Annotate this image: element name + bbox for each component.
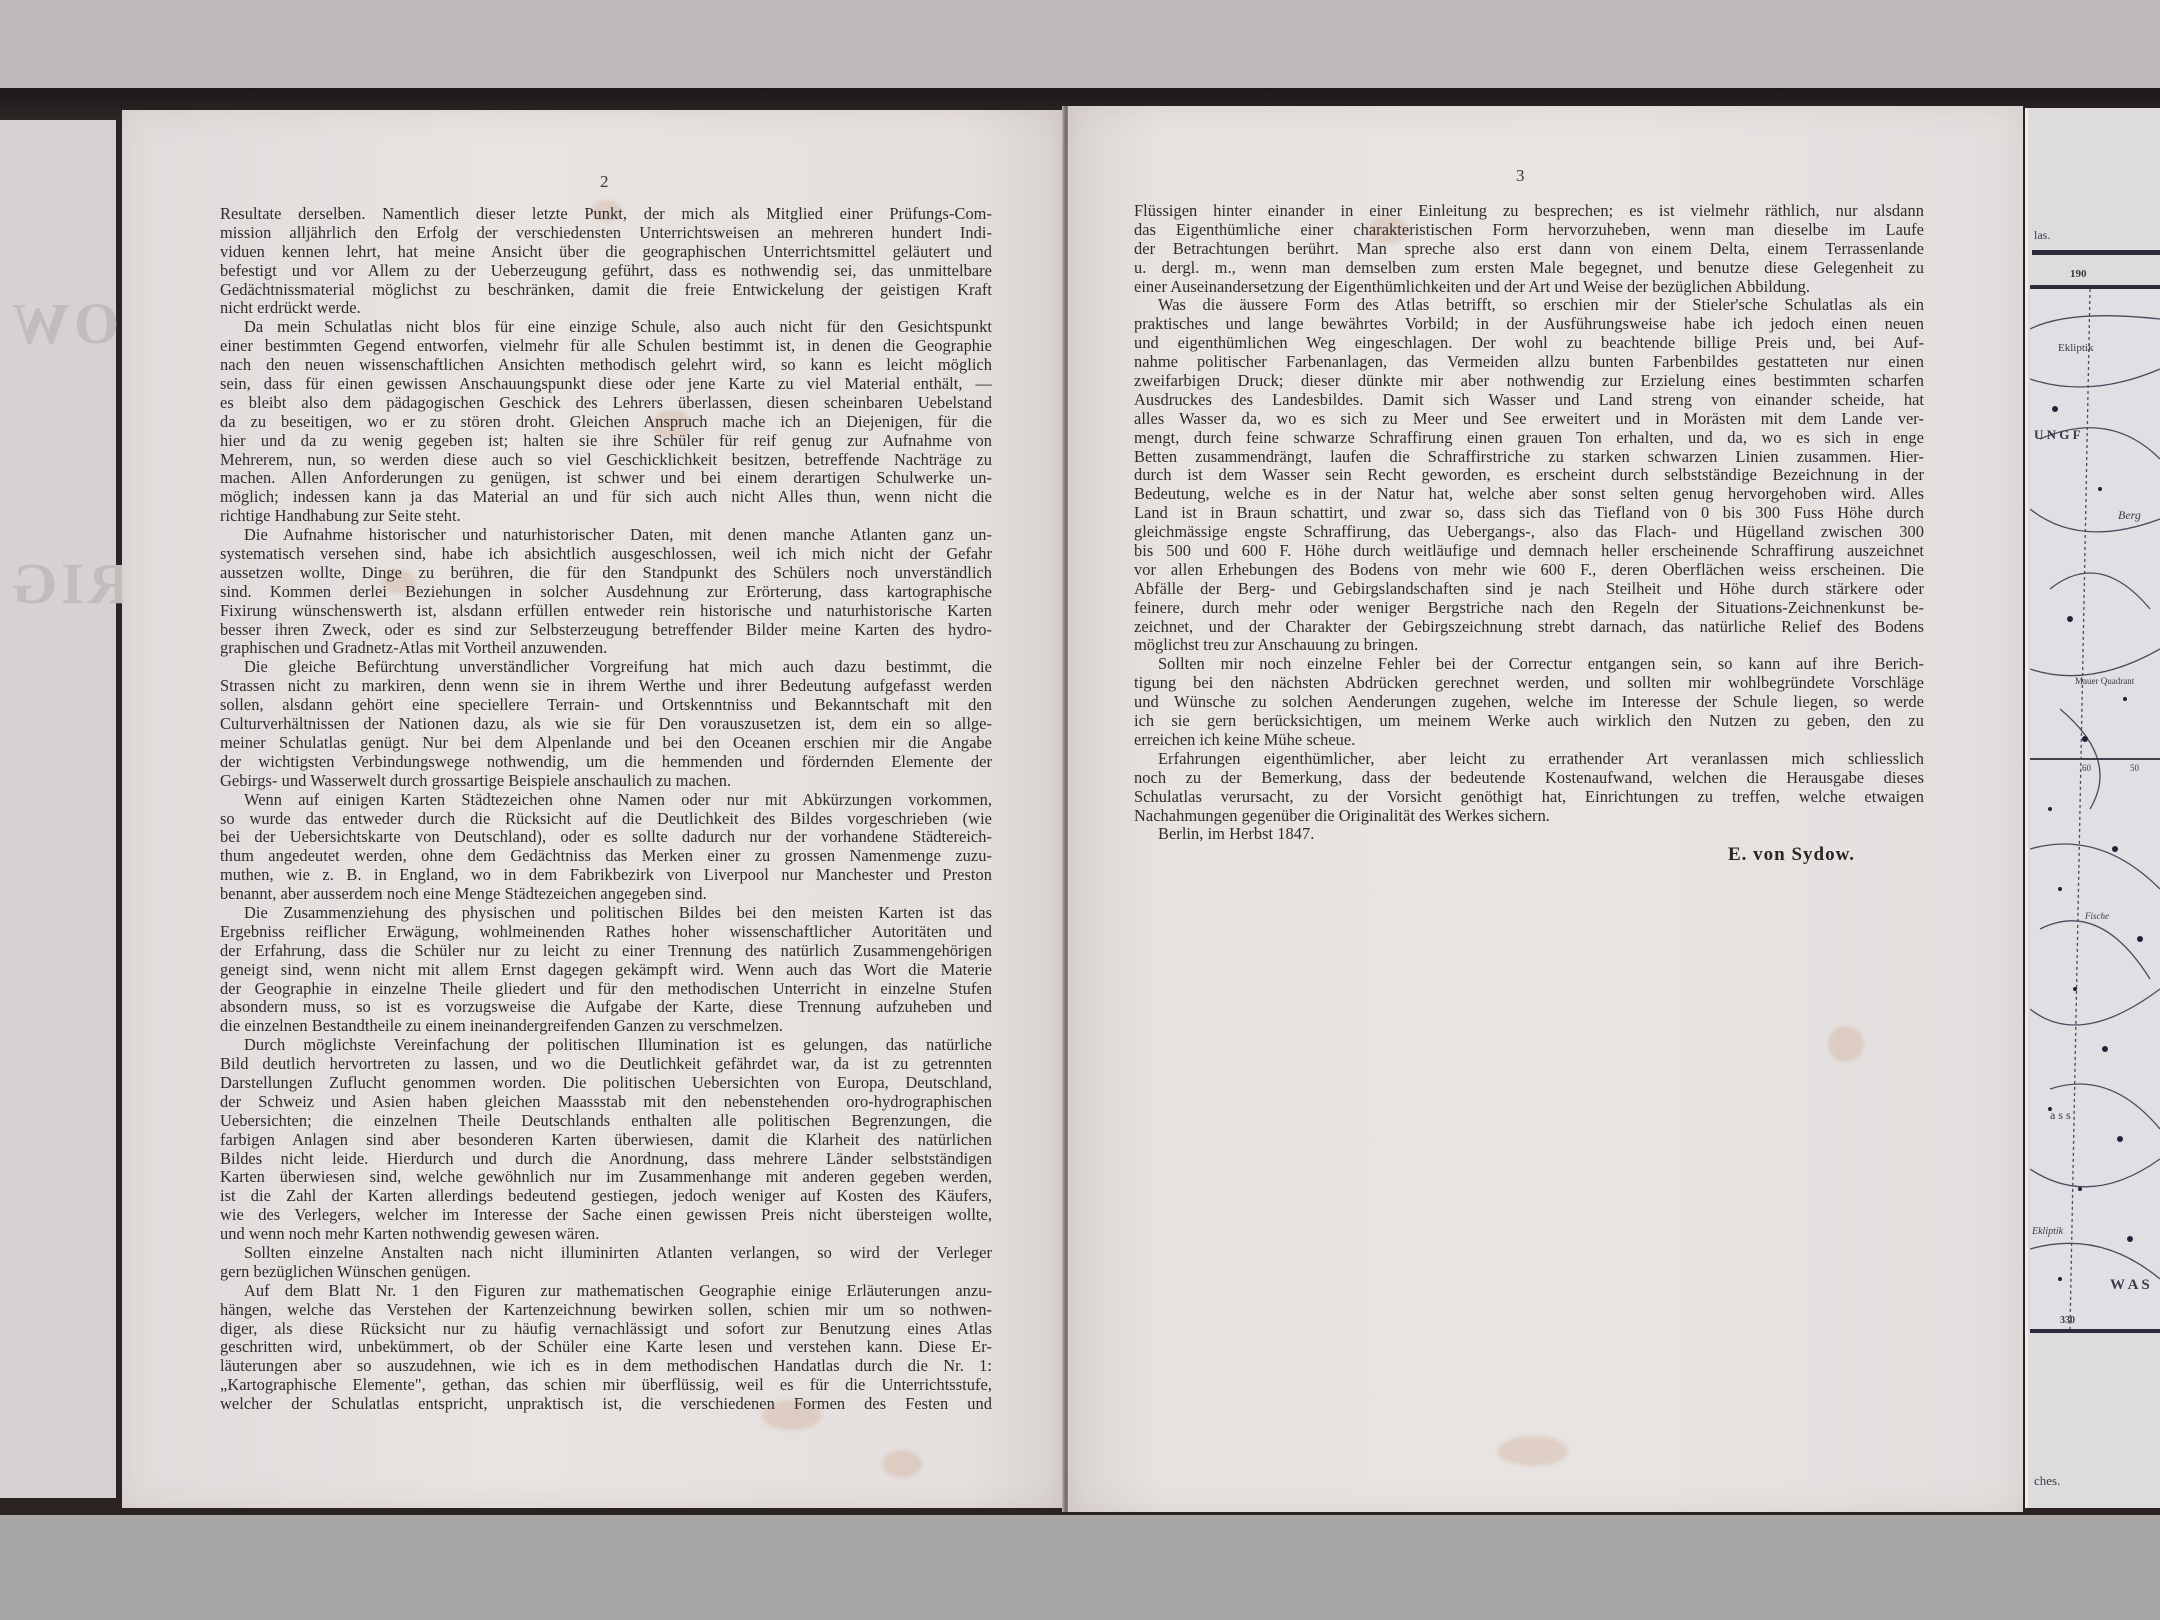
text-line: „Kartographische Elemente", gethan, das … (220, 1376, 992, 1395)
text-line: Strassen nicht zu markiren, denn wenn si… (220, 677, 992, 696)
text-line: tigung bei den nächsten Abdrücken gerech… (1134, 674, 1924, 693)
text-line: meiner Schulatlas genügt. Nur bei dem Al… (220, 734, 992, 753)
text-line: der Betrachtungen berührt. Man spreche a… (1134, 240, 1924, 259)
text-line: Wenn auf einigen Karten Städtezeichen oh… (220, 791, 992, 810)
left-endpaper-flap: DOW ORIG (0, 120, 119, 1498)
text-line: richtige Handhabung zur Seite steht. (220, 507, 992, 526)
text-line: es bleibt also dem pädagogischen Geschic… (220, 394, 992, 413)
text-line: Bedeutung, welche es in der Natur hat, w… (1134, 485, 1924, 504)
text-line: Schulatlas verursacht, zu der Vorsicht g… (1134, 788, 1924, 807)
left-page: 2 Resultate derselben. Namentlich dieser… (122, 110, 1062, 1508)
text-line: und eigenthümlichen Weg eingeschlagen. D… (1134, 334, 1924, 353)
text-line: noch zu der Bemerkung, dass der bedeuten… (1134, 769, 1924, 788)
text-line: Die Aufnahme historischer und naturhisto… (220, 526, 992, 545)
text-line: Berlin, im Herbst 1847. (1134, 825, 1924, 844)
text-line: gern bezüglichen Wünschen genügen. (220, 1263, 992, 1282)
text-line: aussetzen wollte, Dinge zu berühren, die… (220, 564, 992, 583)
text-line: mission alljährlich den Erfolg der versc… (220, 224, 992, 243)
text-line: Erfahrungen eigenthümlicher, aber leicht… (1134, 750, 1924, 769)
svg-text:W A S: W A S (2110, 1277, 2150, 1293)
map-header-fragment: las. (2034, 228, 2050, 243)
text-line: Bild deutlich hervortreten zu lassen, un… (220, 1055, 992, 1074)
svg-text:60: 60 (2082, 763, 2092, 773)
text-line: Ergebniss reiflicher Erwägung, wohlmeine… (220, 923, 992, 942)
text-line: geneigt sind, wenn nicht mit allem Ernst… (220, 961, 992, 980)
text-line: Abfälle der Berg- und Gebirgslandschafte… (1134, 580, 1924, 599)
text-line: Flüssigen hinter einander in einer Einle… (1134, 202, 1924, 221)
text-line: der Erfahrung, dass die Schüler nur zu l… (220, 942, 992, 961)
text-line: u. dergl. m., wenn man demselben zum ers… (1134, 259, 1924, 278)
table-surface-bottom (0, 1515, 2160, 1620)
body-text-right: Flüssigen hinter einander in einer Einle… (1134, 202, 1924, 844)
text-line: muthen, wie z. B. in England, wo in dem … (220, 866, 992, 885)
page-number: 3 (1516, 166, 1525, 186)
text-line: thum angedeutet werden, ohne dem Gedächt… (220, 847, 992, 866)
text-line: Da mein Schulatlas nicht blos für eine e… (220, 318, 992, 337)
text-line: befestigt und vor Allem zu der Ueberzeug… (220, 262, 992, 281)
text-line: gleichmässige engste Schraffirung, das U… (1134, 523, 1924, 542)
text-line: Ausdruckes des Landesbildes. Damit sich … (1134, 391, 1924, 410)
text-line: der wichtigsten Verbindungswege nothwend… (220, 753, 992, 772)
text-line: Land ist in Braun schattirt, und zwar so… (1134, 504, 1924, 523)
text-line: Betten zusammendrängt, laufen die Schraf… (1134, 448, 1924, 467)
svg-text:Mauer Quadrant: Mauer Quadrant (2075, 676, 2135, 686)
svg-text:50: 50 (2130, 763, 2140, 773)
text-line: viduen kennen lehrt, hat meine Ansicht ü… (220, 243, 992, 262)
svg-text:Fische: Fische (2084, 911, 2109, 921)
text-line: Uebersichten; die einzelnen Theile Deuts… (220, 1112, 992, 1131)
text-line: feinere, durch mehr oder weniger Bergstr… (1134, 599, 1924, 618)
text-line: Die gleiche Befürchtung unverständlicher… (220, 658, 992, 677)
text-line: benannt, aber ausserdem noch eine Menge … (220, 885, 992, 904)
text-line: und Wünsche zu solchen Aenderungen zugeh… (1134, 693, 1924, 712)
text-line: diger, als diese Rücksicht nur zu häufig… (220, 1320, 992, 1339)
text-line: zeichnet, und der Charakter der Gebirgsz… (1134, 618, 1924, 637)
text-line: Fixirung wünschenswerth ist, alsdann erf… (220, 602, 992, 621)
text-line: sind. Kommen derlei Beziehungen in solch… (220, 583, 992, 602)
text-line: Sollten mir noch einzelne Fehler bei der… (1134, 655, 1924, 674)
text-line: einer Auseinandersetzung der Eigenthümli… (1134, 278, 1924, 297)
text-line: Gedächtnissmaterial möglichst zu beschrä… (220, 281, 992, 300)
text-line: sollen, alsdann gehört eine speciellere … (220, 696, 992, 715)
map-footer-fragment: ches. (2034, 1473, 2060, 1489)
text-line: bei der Uebersichtskarte von Deutschland… (220, 828, 992, 847)
text-line: einer bestimmten Gegend entworfen, vielm… (220, 337, 992, 356)
text-line: vor allen Erhebungen des Bodens von mehr… (1134, 561, 1924, 580)
text-line: Karten überwiesen sind, welche gewöhnlic… (220, 1168, 992, 1187)
text-line: systematisch versehen sind, habe ich abs… (220, 545, 992, 564)
text-line: absondern muss, so ist es vorzugsweise d… (220, 998, 992, 1017)
page-number: 2 (600, 172, 609, 192)
text-line: ich sie gern berücksichtigen, um meinem … (1134, 712, 1924, 731)
text-line: der Schweiz und Asien haben gleichen Maa… (220, 1093, 992, 1112)
text-line: Culturverhältnissen der Nationen dazu, a… (220, 715, 992, 734)
svg-text:Berg: Berg (2118, 508, 2141, 522)
text-line: durch ist dem Wasser sein Recht geworden… (1134, 466, 1924, 485)
text-line: Sollten einzelne Anstalten nach nicht il… (220, 1244, 992, 1263)
constellation-map: Ekliptik U N G F Berg Mauer Quadrant 60 … (2030, 285, 2160, 1333)
text-line: und wenn noch mehr Karten nothwendig gew… (220, 1225, 992, 1244)
text-line: wie des Verlegers, welcher im Interesse … (220, 1206, 992, 1225)
text-line: läuterungen aber so auszudehnen, wie ich… (220, 1357, 992, 1376)
svg-text:Ekliptik: Ekliptik (2031, 1226, 2064, 1237)
text-line: Auf dem Blatt Nr. 1 den Figuren zur math… (220, 1282, 992, 1301)
svg-text:330: 330 (2060, 1315, 2075, 1326)
text-line: nicht erdrückt werde. (220, 299, 992, 318)
text-line: mengt, durch feine schwarze Schraffirung… (1134, 429, 1924, 448)
text-line: das Eigenthümliche einer charakteristisc… (1134, 221, 1924, 240)
author-signature: E. von Sydow. (1728, 844, 1855, 866)
text-line: erreichen ich keine Mühe scheue. (1134, 731, 1924, 750)
right-page: 3 Flüssigen hinter einander in einer Ein… (1068, 106, 2023, 1512)
text-line: Nachahmungen gegenüber die Originalität … (1134, 807, 1924, 826)
text-line: Durch möglichste Vereinfachung der polit… (220, 1036, 992, 1055)
text-line: besser ihren Zweck, oder es sind zur Sel… (220, 621, 992, 640)
text-line: hängen, welche das Verstehen der Kartenz… (220, 1301, 992, 1320)
text-line: nach den neuen wissenschaftlichen Ansich… (220, 356, 992, 375)
text-line: die einzelnen Bestandtheile zu einem ine… (220, 1017, 992, 1036)
text-line: Mehrerem, nun, so werden diese auch so v… (220, 451, 992, 470)
text-line: nahme politischer Farbenanlagen, das Ver… (1134, 353, 1924, 372)
text-line: praktisches und lange bewährtes Vorbild;… (1134, 315, 1924, 334)
svg-text:a s s: a s s (2050, 1108, 2071, 1122)
text-line: möglich; indessen kann ja das Material a… (220, 488, 992, 507)
table-surface-top (0, 0, 2160, 95)
text-line: machen. Allen Anforderungen zu genügen, … (220, 469, 992, 488)
text-line: Gebirgs- und Wasserwelt durch grossartig… (220, 772, 992, 791)
text-line: Was die äussere Form des Atlas betrifft,… (1134, 296, 1924, 315)
text-line: sein, dass für einen gewissen Anschauung… (220, 375, 992, 394)
text-line: farbigen Anlagen sind aber besonderen Ka… (220, 1131, 992, 1150)
text-line: Die Zusammenziehung des physischen und p… (220, 904, 992, 923)
text-line: ist die Zahl der Karten allerdings bedeu… (220, 1187, 992, 1206)
text-line: geschritten wird, unbekümmert, ob der Sc… (220, 1338, 992, 1357)
text-line: graphischen und Gradnetz-Atlas mit Vorth… (220, 639, 992, 658)
svg-text:Ekliptik: Ekliptik (2058, 342, 2094, 354)
text-line: so wurde das entweder durch die Rücksich… (220, 810, 992, 829)
text-line: alles Wasser da, wo es sich zu Meer und … (1134, 410, 1924, 429)
text-line: da zu beseitigen, wo er zu stören droht.… (220, 413, 992, 432)
text-line: hier und da zu wenig gegeben ist; halten… (220, 432, 992, 451)
text-line: der Geographie in einzelne Theile gliede… (220, 980, 992, 999)
text-line: Darstellungen Zuflucht genommen worden. … (220, 1074, 992, 1093)
svg-text:U N G F: U N G F (2034, 427, 2081, 442)
body-text-left: Resultate derselben. Namentlich dieser l… (220, 205, 992, 1414)
text-line: Bildes nicht leide. Hierdurch und durch … (220, 1150, 992, 1169)
text-line: welcher der Schulatlas entspricht, unpra… (220, 1395, 992, 1414)
constellation-drawing-icon: Ekliptik U N G F Berg Mauer Quadrant 60 … (2030, 289, 2160, 1329)
text-line: Resultate derselben. Namentlich dieser l… (220, 205, 992, 224)
text-line: möglichst treu zur Anschauung zu bringen… (1134, 636, 1924, 655)
text-line: bis 500 und 600 F. Höhe durch weitläufig… (1134, 542, 1924, 561)
text-line: zweifarbigen Druck; dieser dünkte mir ab… (1134, 372, 1924, 391)
map-scale-label-top: 190 (2070, 268, 2087, 280)
